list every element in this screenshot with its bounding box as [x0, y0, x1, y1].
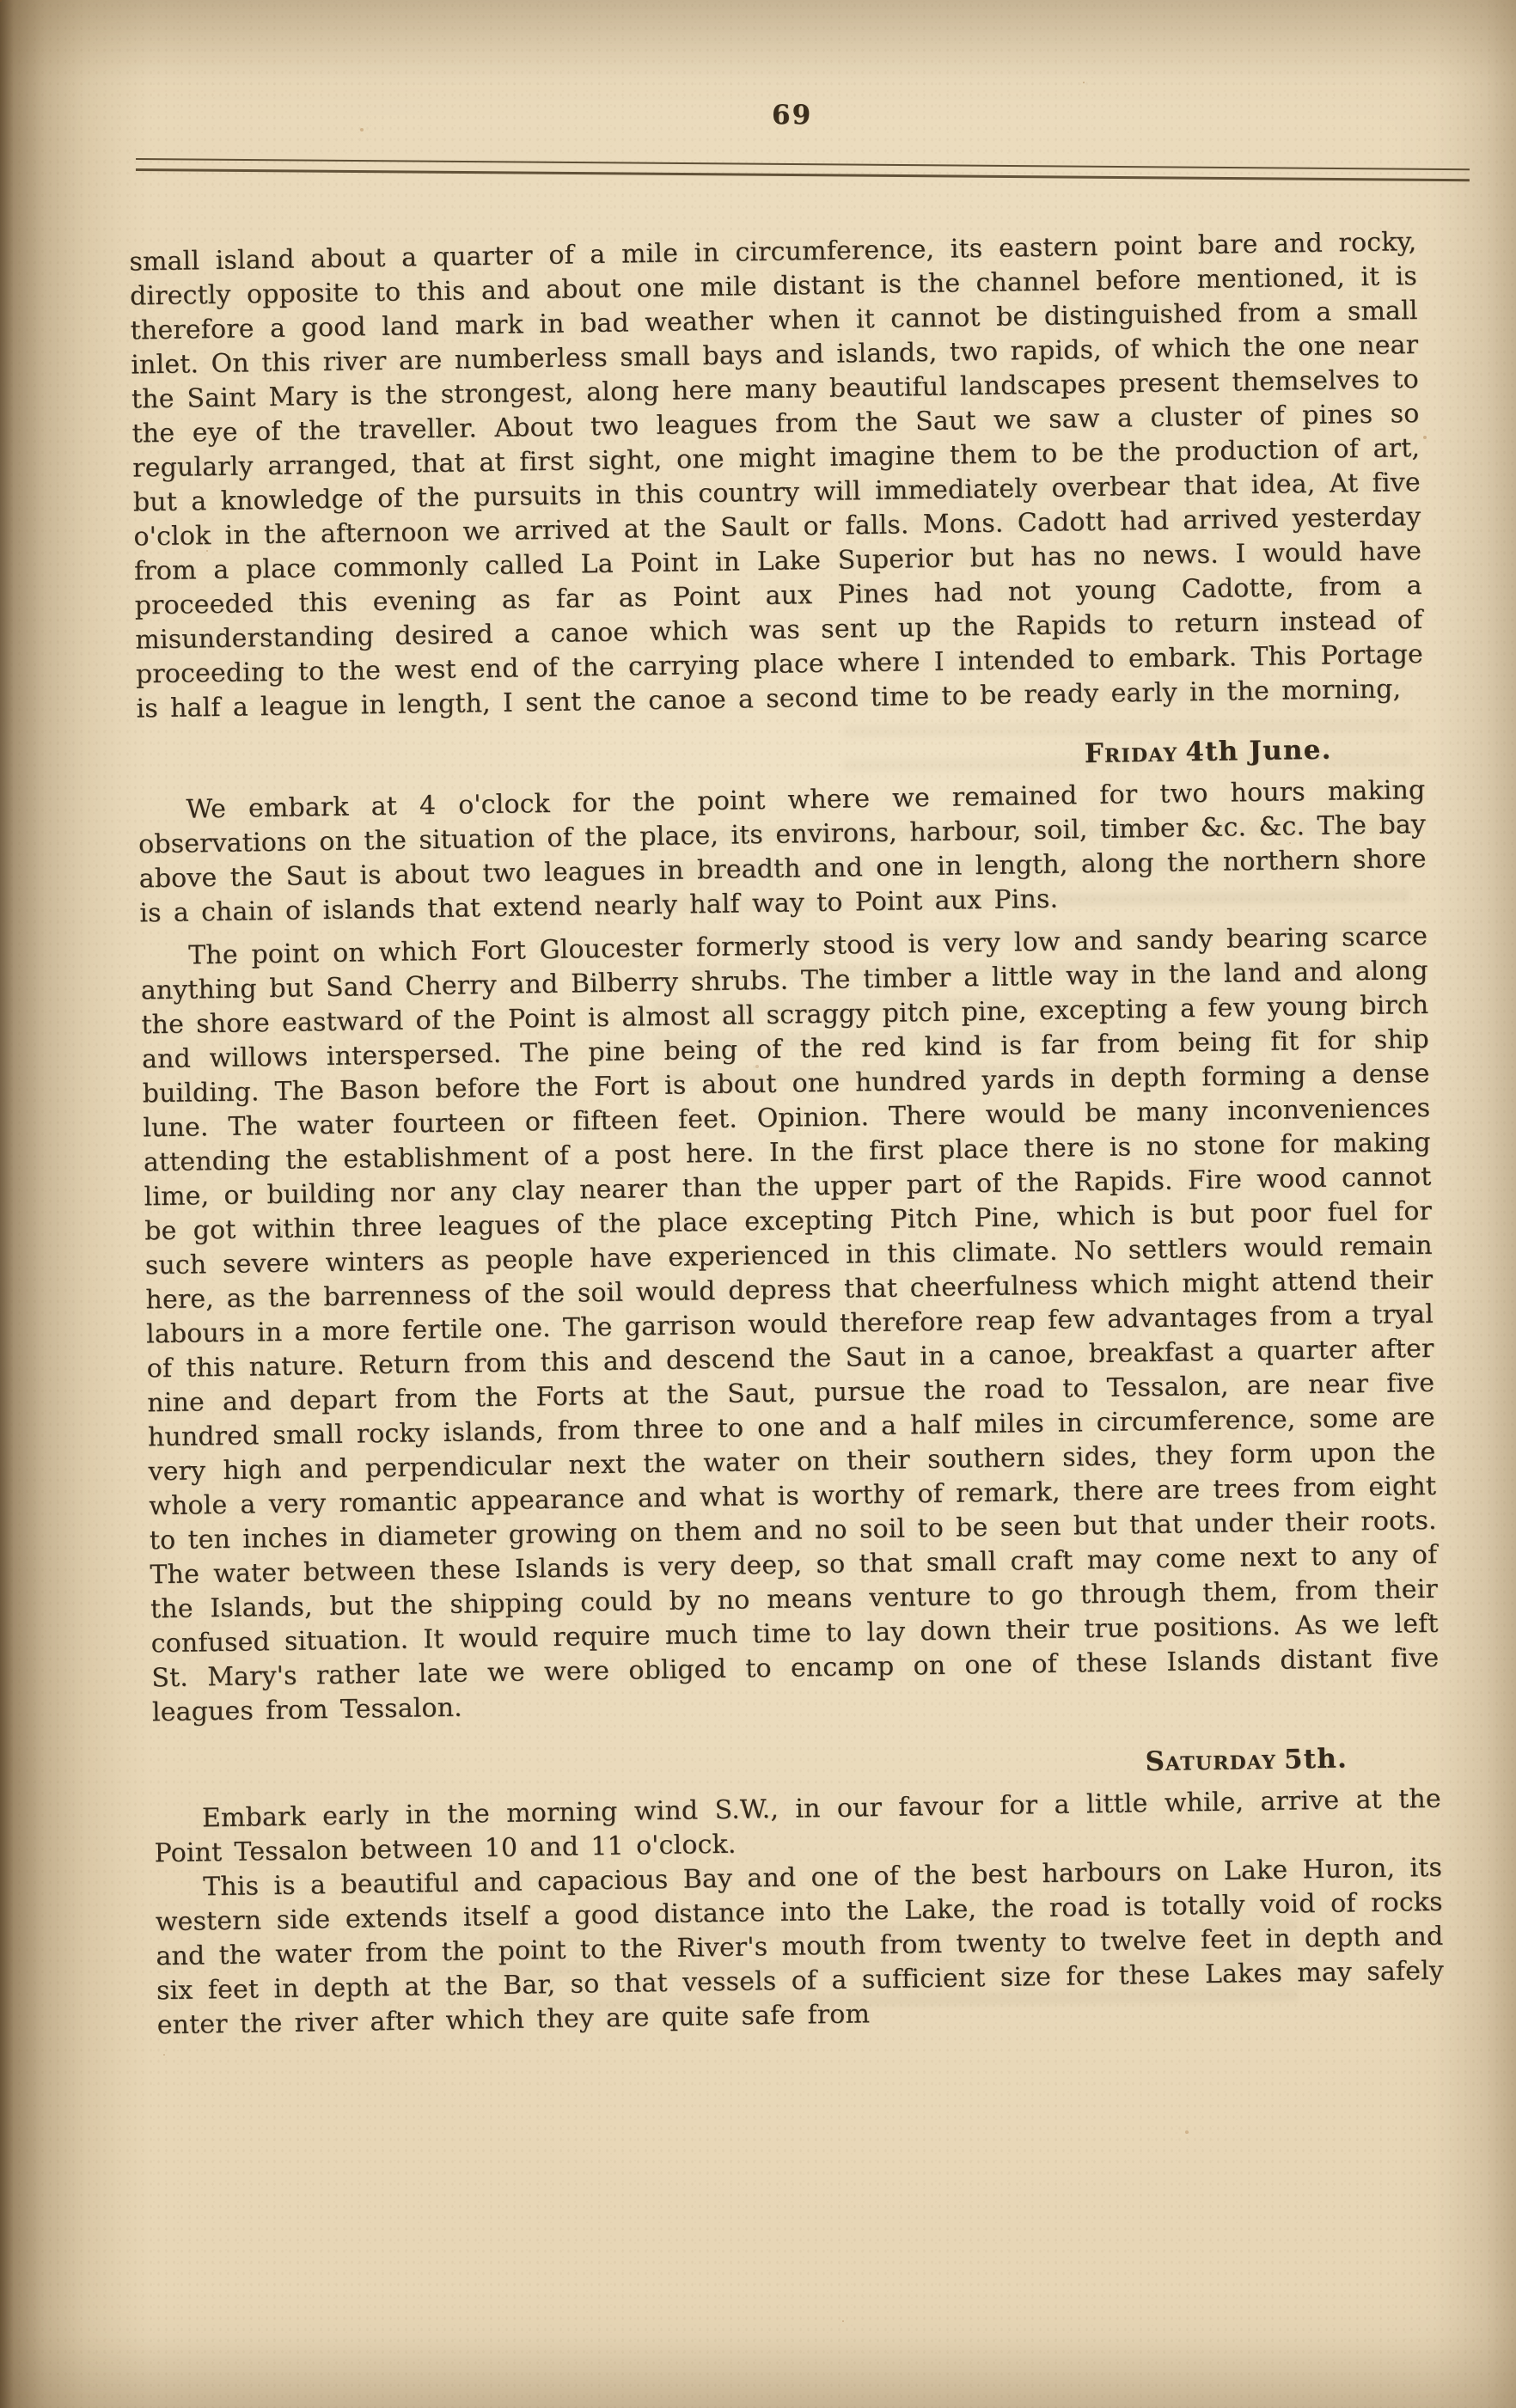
heading-friday-date: 4th June.	[1185, 735, 1332, 768]
double-rule	[136, 158, 1470, 181]
paragraph-friday-1: We embark at 4 o'clock for the point whe…	[138, 773, 1427, 932]
text-block: small island about a quarter of a mile i…	[129, 225, 1445, 2043]
heading-friday-day: Friday	[1085, 736, 1178, 769]
page-number: 69	[772, 100, 812, 131]
paragraph-saturday-2: This is a beautiful and capacious Bay an…	[155, 1851, 1445, 2044]
paragraph-continuation: small island about a quarter of a mile i…	[129, 225, 1424, 726]
paper-specks	[0, 0, 2, 2]
heading-saturday-day: Saturday	[1145, 1745, 1276, 1777]
heading-saturday-date: 5th.	[1284, 1743, 1348, 1775]
scanned-book-page: { "page": { "number": "69" }, "content":…	[0, 0, 1516, 2408]
paragraph-friday-2: The point on which Fort Gloucester forme…	[140, 920, 1440, 1730]
